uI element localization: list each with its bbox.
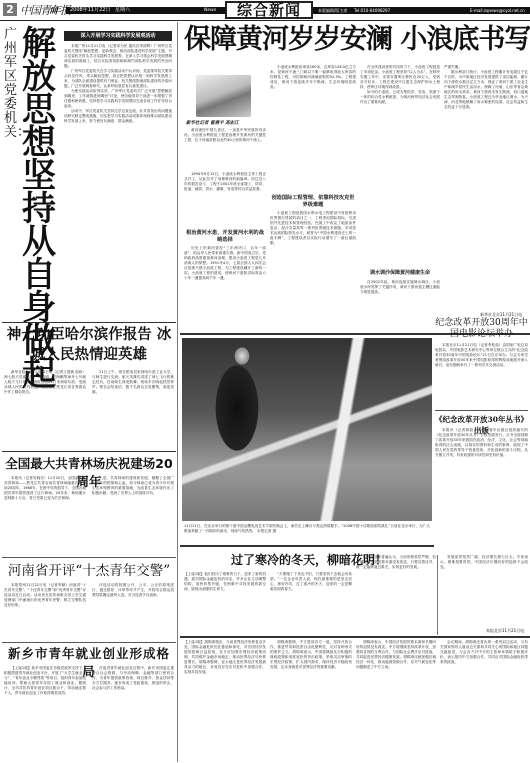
paragraph: 【上接1版】他们经历了艰难的日子，迎来了新的机遇。面对国际金融危机的冲击，许多企…	[184, 572, 266, 592]
paragraph: 在促进青年就业创业过程中，新乡市团委注重整合社会资源，与劳动保障、金融等部门密切…	[92, 666, 174, 691]
paragraph: 小浪底工程是我国水利水电工程建设中首批利用世界银行贷款的项目之一，工程采用国际招…	[270, 211, 356, 246]
story-divider	[2, 557, 176, 558]
paragraph: 胡锦涛表示，中国经济发展的基本面和长期向好的趋势没有改变。中方将继续坚持改革开放…	[356, 640, 436, 670]
article-column: 严重失衡。据水利部门统计，小浪底工程累计发电超过千亿千瓦时，为中原地区经济发展提…	[444, 65, 528, 315]
telephone: Tel:010-64098297	[354, 7, 390, 14]
paragraph: 广州军区党委机关在学习实践活动中认识到，党委领导机关要带头转变作风，带头解放思想…	[64, 69, 172, 89]
paragraph: 本报广州11月21日电（记者邓为民 通讯员李清辉）广州军区党委机关围绕“解放思想…	[64, 44, 172, 69]
article-subhead: 根治黄河水患，开发黄河水利的战略选择	[184, 230, 266, 244]
article-column: 中国企业家普遍认为，当前形势虽然严峻，但中国经济发展的基本面没有改变，只要沉着应…	[356, 555, 436, 634]
paragraph: 活动中，军区党委机关坚持边学边查边改，针对查找出的问题逐项研究制定整改措施，切实…	[64, 109, 172, 124]
editor-credit: 本版编辑/版主席	[318, 7, 347, 14]
story-kicker: 广州军区党委机关：	[4, 28, 20, 140]
paragraph: 【上接1版】胡锦涛指出，当前世界经济形势复杂多变，国际金融危机仍在蔓延和深化，对…	[184, 640, 266, 675]
lead-headline: 保障黄河岁岁安澜 小浪底书写壮丽篇章	[184, 24, 528, 56]
article-column: 胡锦涛表示，中国经济发展的基本面和长期向好的趋势没有改变。中方将继续坚持改革开放…	[356, 640, 436, 761]
article-column: 【上接1版】他们经历了艰难的日子，迎来了新的机遇。面对国际金融危机的冲击，许多企…	[184, 572, 266, 634]
column-divider	[177, 22, 178, 762]
paragraph: 发展前景依然广阔，经济增长潜力巨大。专家表示，困难是暂时的，中国经济长期向好的趋…	[440, 555, 528, 570]
paragraph: 会议期间，胡锦涛还将出席一系列双边活动，与有关国家领导人就双边关系和共同关心的国…	[440, 640, 528, 665]
section-title: 综合新闻	[225, 1, 313, 19]
story-headline: 河南省开评“十杰青年交警”	[4, 562, 174, 580]
article-column: 上述，共青林场的建成和发展，凝聚了全国广大青年的热情和心血。如今林场已成为青少年…	[92, 476, 174, 554]
article-column: 评选活动将按照公开、公平、公正的原则进行，通过推荐、评审等环节产生，并将结合群众…	[92, 583, 174, 643]
article-column: 历史上的黄河曾经“三年两决口，百年一改道”，给沿岸人民带来深重灾难。新中国成立后…	[184, 246, 266, 324]
paper-logo: 中国青年报	[20, 2, 70, 18]
decorative-slashes: ////	[50, 6, 58, 15]
paragraph: 自2002年起，黄河连续实施调水调沙，小浪底水库发挥了关键作用，黄河下游河道主槽…	[360, 280, 440, 295]
story-divider	[2, 451, 176, 452]
paragraph: 【上接1版】新乡市团委在各级党政的支持下，积极搭建青年就业创业平台，开展了“大学…	[4, 666, 86, 696]
news-label: News	[204, 7, 216, 14]
article-subhead: 创造国际工程管理、依靠科技攻克世界级难题	[270, 195, 356, 209]
paragraph: 上述，共青林场的建成和发展，凝聚了全国广大青年的热情和心血。如今林场已成为青少年…	[92, 476, 174, 496]
article-column: 【上接1版】胡锦涛指出，当前世界经济形势复杂多变，国际金融危机仍在蔓延和深化，对…	[184, 640, 266, 761]
paragraph: 小浪底水利枢纽坝高160米，总库容126.5亿立方米，是黄河干流三门峡以下唯一能…	[270, 65, 356, 90]
paragraph: 新华社哈尔滨11月21日电（记者王建威 曲伟）神七航天员翟志刚、刘伯明、景海鹏等…	[4, 370, 86, 395]
section-divider	[180, 545, 434, 547]
masthead: 2 中国青年报 //// 2008年11月22日 星期六 News 综合新闻 本…	[0, 0, 530, 20]
brief-body: 本报讯（记者林蔚）由中国青年出版社组织编写的《纪念改革开放30年丛书》日前出版发…	[435, 428, 528, 553]
column-divider	[437, 555, 438, 635]
caption-text: 11月21日，在北京举行的第十届中国金鹰电视艺术节颁奖晚会上，演员走上舞台与观众…	[184, 524, 430, 533]
story-body: 本报广州11月21日电（记者邓为民 通讯员李清辉）广州军区党委机关围绕“解放思想…	[64, 44, 172, 306]
article-column: 新华社哈尔滨11月21日电（记者王建威 曲伟）神七航天员翟志刚、刘伯明、景海鹏等…	[4, 370, 86, 448]
brief-headline: 纪念改革开放30周年中国电影论坛举办	[435, 318, 528, 340]
article-column: 在全体建设者的共同努力下，小浪底工程创造了多项纪录。小浪底工程坚持“以人为本”，…	[360, 65, 440, 265]
masthead-divider	[0, 20, 530, 21]
paragraph: 本报北京11月21日电（记者李桂茹）由国家广电总局电影局、中国电影艺术研究中心等…	[435, 343, 528, 368]
article-column: 会议期间，胡锦涛还将出席一系列双边活动，与有关国家领导人就双边关系和共同关心的国…	[440, 640, 528, 761]
article-column: 黄河流经中国九省区，一直是中华民族的母亲河。小浪底水利枢纽工程是治理开发黄河的关…	[184, 128, 266, 168]
paragraph: 历史上的黄河曾经“三年两决口，百年一改道”，给沿岸人民带来深重灾难。新中国成立后…	[184, 246, 266, 281]
article-column: 本报讯（记者吴晓东）11月20日，全国最大的共青林场——黑龙江共青农场共青林场隆…	[4, 476, 86, 554]
page-number: 2	[3, 3, 17, 16]
article-column: 【上接1版】新乡市团委在各级党政的支持下，积极搭建青年就业创业平台，开展了“大学…	[4, 666, 86, 761]
email: E-mail:zqnews@cyol.net.cn	[470, 7, 525, 14]
paragraph: 胡锦涛强调，中方愿同各方一道，坚持开放合作，推进贸易和投资自由化便利化，反对各种…	[270, 640, 352, 670]
photo-caption: 11月21日，在北京举行的第十届中国金鹰电视艺术节颁奖晚会上，演员走上舞台与观众…	[184, 524, 430, 538]
article-column: 本报郑州11月21日电（记者李颖）河南省“十杰青年交警”、“十佳青年交警”和“优…	[4, 583, 86, 643]
concert-photo	[182, 338, 432, 521]
dam-photo	[196, 75, 251, 117]
paragraph: 如今的小浪底，已成为集防洪、发电、旅游于一体的综合性水利枢纽，为黄河两岸经济社会…	[360, 90, 440, 105]
article-subhead: 调水调沙保障黄河健康生命	[360, 270, 440, 277]
issue-date: 2008年11月22日	[70, 7, 110, 14]
story-subhead: 深入开展学习实践科学发展观活动	[66, 31, 170, 41]
article-column: 21日上午，报告团成员来到哈尔滨工业大学，与师生进行交流。航天英雄们讲述了神七飞…	[92, 370, 174, 448]
article-column: 1994年9月12日，小浪底水利枢纽主体工程正式开工，从此拉开了治理黄河的新篇章…	[184, 172, 266, 227]
story-divider	[2, 642, 176, 643]
section-divider	[180, 636, 530, 638]
article-column: 小浪底水利枢纽坝高160米，总库容126.5亿立方米，是黄河干流三门峡以下唯一能…	[270, 65, 356, 170]
paragraph: 本报讯（记者林蔚）由中国青年出版社组织编写的《纪念改革开放30年丛书》日前出版发…	[435, 428, 528, 458]
story-headline: 神七功臣哈尔滨作报告 冰城人民热情迎英雄	[4, 325, 174, 365]
paragraph: “天要塌了下来也不怕，只要坚持下去就会有希望。”一位企业负责人说，现在最重要的是…	[270, 572, 352, 592]
paragraph: 本报讯（记者吴晓东）11月20日，全国最大的共青林场——黑龙江共青农场共青林场隆…	[4, 476, 86, 501]
article-column: 胡锦涛强调，中方愿同各方一道，坚持开放合作，推进贸易和投资自由化便利化，反对各种…	[270, 640, 352, 761]
dateline: 本报北京11月21日电	[486, 628, 524, 634]
article-column: 在促进青年就业创业过程中，新乡市团委注重整合社会资源，与劳动保障、金融等部门密切…	[92, 666, 174, 761]
article-column: 小浪底工程是我国水利水电工程建设中首批利用世界银行贷款的项目之一，工程采用国际招…	[270, 211, 356, 324]
paragraph: 本报郑州11月21日电（记者李颖）河南省“十杰青年交警”、“十佳青年交警”和“优…	[4, 583, 86, 608]
brief-divider	[435, 410, 528, 411]
paragraph: 据水利部门统计，小浪底工程累计发电超过千亿千瓦时，为中原地区经济发展提供了清洁能…	[444, 70, 528, 110]
article-column: “天要塌了下来也不怕，只要坚持下去就会有希望。”一位企业负责人说，现在最重要的是…	[270, 572, 352, 634]
brief-body: 本报北京11月21日电（记者李桂茹）由国家广电总局电影局、中国电影艺术研究中心等…	[435, 343, 528, 408]
paragraph: 为使实践活动取得实效，广州军区党委机关广泛开展“思想解放到哪里，工作就推进到哪里…	[64, 89, 172, 109]
article-column: 发展前景依然广阔，经济增长潜力巨大。专家表示，困难是暂时的，中国经济长期向好的趋…	[440, 555, 528, 634]
paragraph: 在全体建设者的共同努力下，小浪底工程创造了多项纪录。小浪底工程坚持“以人为本”，…	[360, 65, 440, 90]
photo-credit: 本报记者 摄	[257, 529, 276, 533]
paragraph: 黄河流经中国九省区，一直是中华民族的母亲河。小浪底水利枢纽工程是治理开发黄河的关…	[184, 128, 266, 143]
photo-credit: 新华社记者 翟燕平 高宏江	[186, 120, 239, 126]
issue-weekday: 星期六	[115, 7, 130, 14]
paragraph: 1994年9月12日，小浪底水利枢纽主体工程正式开工，从此拉开了治理黄河的新篇章…	[184, 172, 266, 192]
story-divider	[2, 322, 176, 323]
paragraph: 评选活动将按照公开、公平、公正的原则进行，通过推荐、评审等环节产生，并将结合群众…	[92, 583, 174, 598]
article-column: 自2002年起，黄河连续实施调水调沙，小浪底水库发挥了关键作用，黄河下游河道主槽…	[360, 280, 440, 315]
paragraph: 21日上午，报告团成员来到哈尔滨工业大学，与师生进行交流。航天英雄们讲述了神七飞…	[92, 370, 174, 395]
paragraph: 中国企业家普遍认为，当前形势虽然严峻，但中国经济发展的基本面没有改变，只要沉着应…	[356, 555, 436, 570]
